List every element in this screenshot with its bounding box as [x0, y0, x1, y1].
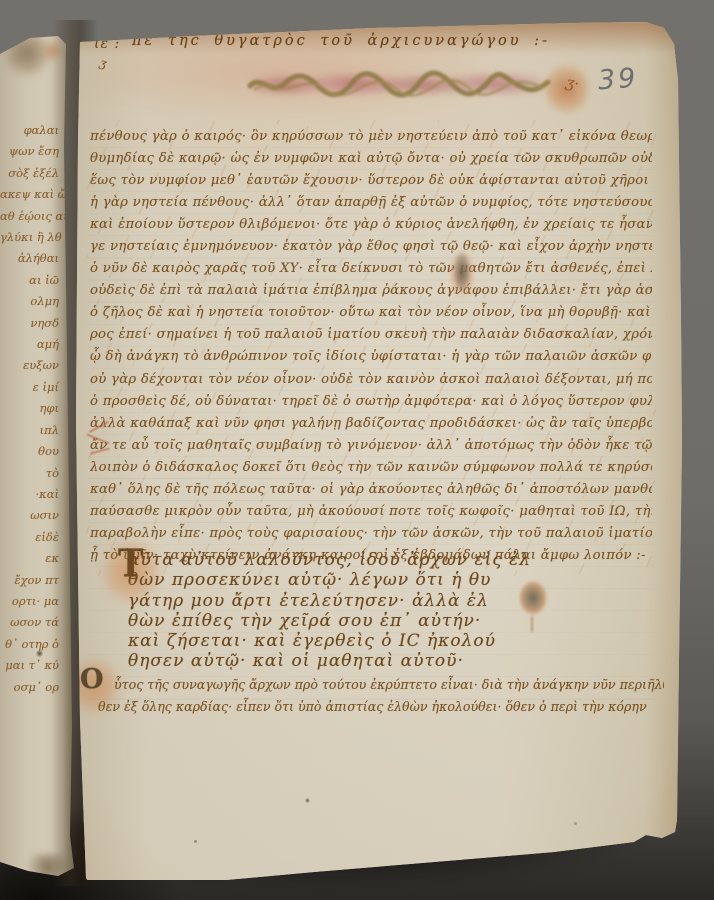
- facing-page-fragment: ωσον τά: [0, 612, 59, 633]
- upper-commentary-line: ἡ γὰρ νηστεία πένθους· ἀλλ᾽ ὅταν ἀπαρθῇ …: [90, 192, 652, 214]
- lower-commentary-line: θεν ἐξ ὅλης καρδίας· εἶπεν ὅτι ὑπὸ ἀπιστ…: [98, 696, 664, 718]
- facing-page-fragment: ακεψ καὶ ὤ: [0, 184, 59, 205]
- facing-page-fragment: εκ: [0, 548, 59, 569]
- upper-commentary-line: ᾧ δὴ ἀνάγκη τὸ ἀνθρώπινον τοῖς ἰδίοις ὑφ…: [90, 346, 652, 368]
- upper-commentary-line: ἄν τε αὖ τοῖς μαθηταῖς συμβαίνῃ τὸ γινόμ…: [90, 435, 652, 457]
- facing-page-fragment: σὸξ ἐξέλ: [0, 163, 59, 184]
- upper-commentary-line: ὁ ζῆλος δὲ καὶ ἡ νηστεία τοιοῦτον· οὕτω …: [90, 302, 652, 324]
- upper-commentary-line: οὐ γὰρ δέχονται τὸν νέον οἶνον· οὐδὲ τὸν…: [90, 369, 652, 391]
- upper-commentary: πένθους γὰρ ὁ καιρός· ὃν κηρύσσων τὸ μὲν…: [90, 126, 652, 567]
- upper-commentary-line: πένθους γὰρ ὁ καιρός· ὃν κηρύσσων τὸ μὲν…: [90, 126, 652, 148]
- upper-commentary-line: γε νηστείαις ἐμνημόνευον· ἑκατὸν γὰρ ἔθο…: [90, 236, 652, 258]
- upper-commentary-line: παύσασθε μικρὸν οὖν ταῦτα, μὴ ἀκούουσί π…: [90, 501, 652, 523]
- facing-page-fragment: αμή: [0, 334, 59, 355]
- lemma-line: θὼν ἐπίθες τὴν χεῖρά σου ἐπ᾽ αὐτήν·: [128, 611, 598, 631]
- manuscript-page: ιε : ʒ π̅ε τῆϲ θυγατρὸϲ τοῦ ἀρχιϲυναγώγο…: [74, 20, 682, 880]
- facing-page-fragment: γλύκι ἢ λθ: [0, 227, 59, 248]
- lemma-line: θὼν προσεκύνει αὐτῷ· λέγων ὅτι ἡ θυ: [128, 570, 598, 590]
- facing-page-fragment: ψων ἔση: [0, 141, 59, 162]
- stain: [4, 30, 50, 76]
- headpiece-ornament: [244, 70, 556, 100]
- upper-commentary-line: ἕως τὸν νυμφίον μεθ᾽ ἑαυτῶν ἔχουσιν· ὕστ…: [90, 170, 652, 192]
- facing-page-fragment: αθ ἑῴοις αἱ: [0, 206, 59, 227]
- upper-commentary-line: ἀλλὰ καθάπαξ καὶ νῦν φησι γαλήνῃ βαδίζον…: [90, 413, 652, 435]
- ink-spot: [36, 650, 43, 657]
- ornament-scroll: [244, 70, 556, 100]
- gospel-lemma: αῦτα αὐτοῦ λαλοῦντος, ἰδοὺ ἄρχων εἷς ἐλθ…: [128, 550, 598, 672]
- upper-commentary-line: λοιπὸν ὁ διδάσκαλος δοκεῖ ὅτι θεὸς τὴν τ…: [90, 457, 652, 479]
- chapter-title: π̅ε τῆϲ θυγατρὸϲ τοῦ ἀρχιϲυναγώγου :-: [132, 33, 550, 49]
- facing-page-fragment: ευξων: [0, 355, 59, 376]
- lower-commentary: ὗτος τῆς συναγωγῆς ἄρχων πρὸ τούτου ἐκρύ…: [98, 674, 664, 718]
- facing-page-fragment: θου: [0, 441, 59, 462]
- speck: [305, 798, 310, 803]
- facing-page-fragment: ε ἰμί: [0, 377, 59, 398]
- lemma-line: αῦτα αὐτοῦ λαλοῦντος, ἰδοὺ ἄρχων εἷς ἐλ: [128, 550, 598, 570]
- manuscript-photo: φαλαιψων ἔσησὸξ ἐξέλακεψ καὶ ὤαθ ἑῴοις α…: [0, 0, 714, 900]
- facing-page-fragment: ιπλ: [0, 420, 59, 441]
- facing-page-fragment: ωσιν: [0, 505, 59, 526]
- facing-page-fragment: τὸ: [0, 463, 59, 484]
- lemma-line: θησεν αὐτῷ· καὶ οἱ μαθηταὶ αὐτοῦ·: [128, 651, 598, 671]
- upper-commentary-line: ὁ νῦν δὲ καιρὸς χαρᾶς τοῦ ΧΥ· εἶτα δείκν…: [90, 258, 652, 280]
- lemma-line: γάτηρ μου ἄρτι ἐτελεύτησεν· ἀλλὰ ἐλ: [128, 591, 598, 611]
- facing-page-fragment: εἰδὲ: [0, 527, 59, 548]
- upper-commentary-line: θυμηδίας δὲ καιρῷ· ὡς ἐν νυμφῶνι καὶ αὐτ…: [90, 148, 652, 170]
- facing-page-fragment: ηφι: [0, 398, 59, 419]
- upper-commentary-line: παραβολὴν εἶπε· πρὸς τοὺς φαρισαίους· τὴ…: [90, 523, 652, 545]
- upper-commentary-line: καὶ ἐποίουν ὕστερον θλιβόμενοι· ὅτε γὰρ …: [90, 214, 652, 236]
- facing-page-fragment: θ᾽ οτηρ ὁ: [0, 634, 59, 655]
- facing-page-fragment: οσμ᾽ ορ: [0, 677, 59, 698]
- upper-commentary-line: οὐδεὶς δὲ ἐπὶ τὰ παλαιὰ ἱμάτια ἐπίβλημα …: [90, 280, 652, 302]
- speck: [574, 822, 577, 825]
- facing-page-fragment: φαλαι: [0, 120, 59, 141]
- facing-page-fragment: ολμη: [0, 291, 59, 312]
- upper-commentary-line: ὁ προσθεὶς δέ, οὐ δύναται· τηρεῖ δὲ ὁ σω…: [90, 391, 652, 413]
- facing-page-fragment: ·καὶ: [0, 484, 59, 505]
- facing-page-fragment: ἔχον πτ: [0, 570, 59, 591]
- stain: [546, 62, 588, 116]
- facing-page-fragment: ορτι· μα: [0, 591, 59, 612]
- facing-page-fragment: νησδ: [0, 313, 59, 334]
- speck: [194, 840, 197, 843]
- lemma-line: καὶ ζήσεται· καὶ ἐγερθεὶς ὁ ΙϹ ἠκολού: [128, 631, 598, 651]
- upper-commentary-line: καθ᾽ ὅλης δὲ τῆς πόλεως ταῦτα· οἱ γὰρ ἀκ…: [90, 479, 652, 501]
- facing-page-fragment: μαι τ᾽ κύ: [0, 655, 59, 676]
- stain: [450, 244, 474, 306]
- lower-commentary-line: ὗτος τῆς συναγωγῆς ἄρχων πρὸ τούτου ἐκρύ…: [98, 674, 664, 696]
- upper-commentary-line: ρος ἐπεί· σημαίνει ἡ τοῦ παλαιοῦ ἱματίου…: [90, 324, 652, 346]
- margin-scribble: [84, 420, 112, 468]
- facing-page-fragment: αι ἰῶ: [0, 270, 59, 291]
- folio-number: 39: [597, 63, 639, 97]
- facing-page-fragment: ἀλήθαι: [0, 248, 59, 269]
